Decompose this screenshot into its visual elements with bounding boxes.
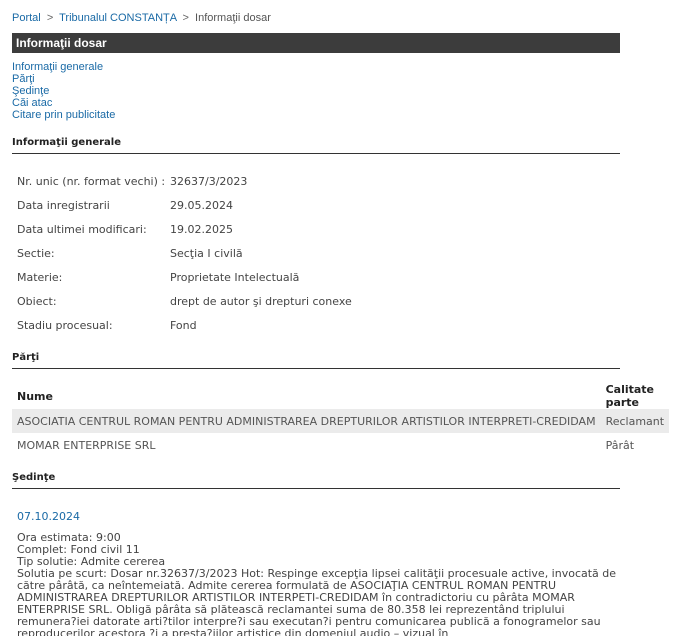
info-label: Materie: — [17, 271, 62, 284]
breadcrumb-tribunal[interactable]: Tribunalul CONSTANȚA — [59, 12, 176, 24]
section-title-parties: Părţi — [12, 352, 620, 369]
info-label: Obiect: — [17, 295, 57, 308]
info-label: Stadiu procesual: — [17, 319, 113, 332]
breadcrumb-separator: > — [47, 12, 53, 24]
table-row: ASOCIATIA CENTRUL ROMAN PENTRU ADMINISTR… — [12, 409, 669, 433]
info-label: Data ultimei modificari: — [17, 223, 147, 236]
party-role: Reclamant — [601, 409, 670, 433]
info-value: 19.02.2025 — [170, 223, 233, 236]
column-header-name: Nume — [12, 383, 601, 409]
section-title-sessions: Şedinţe — [12, 472, 620, 489]
parties-table: Nume Calitate parte ASOCIATIA CENTRUL RO… — [12, 383, 669, 457]
party-name: ASOCIATIA CENTRUL ROMAN PENTRU ADMINISTR… — [12, 409, 601, 433]
breadcrumb: Portal > Tribunalul CONSTANȚA > Informaţ… — [12, 12, 271, 24]
session-date: 07.10.2024 — [17, 510, 80, 523]
info-value: 29.05.2024 — [170, 199, 233, 212]
nav-link-public-summons[interactable]: Citare prin publicitate — [12, 109, 115, 121]
page-title: Informaţii dosar — [12, 33, 620, 53]
party-name: MOMAR ENTERPRISE SRL — [12, 433, 601, 457]
breadcrumb-portal[interactable]: Portal — [12, 12, 41, 24]
info-label: Data inregistrarii — [17, 199, 110, 212]
info-value: Proprietate Intelectuală — [170, 271, 299, 284]
section-nav: Informaţii generale Părţi Şedinţe Căi at… — [12, 61, 115, 121]
info-label: Nr. unic (nr. format vechi) : — [17, 175, 165, 188]
breadcrumb-separator: > — [183, 12, 189, 24]
nav-link-sessions[interactable]: Şedinţe — [12, 85, 115, 97]
nav-link-general-info[interactable]: Informaţii generale — [12, 61, 115, 73]
session-details: Ora estimata: 9:00 Complet: Fond civil 1… — [17, 532, 622, 636]
session-solution-summary: Solutia pe scurt: Dosar nr.32637/3/2023 … — [17, 568, 622, 636]
column-header-role: Calitate parte — [601, 383, 670, 409]
info-value: 32637/3/2023 — [170, 175, 247, 188]
nav-link-parties[interactable]: Părţi — [12, 73, 115, 85]
info-value: Secţia I civilă — [170, 247, 243, 260]
table-header-row: Nume Calitate parte — [12, 383, 669, 409]
info-value: Fond — [170, 319, 197, 332]
breadcrumb-current: Informaţii dosar — [195, 12, 271, 24]
info-label: Sectie: — [17, 247, 55, 260]
section-title-general: Informaţii generale — [12, 137, 620, 154]
nav-link-appeals[interactable]: Căi atac — [12, 97, 115, 109]
party-role: Pârât — [601, 433, 670, 457]
info-value: drept de autor şi drepturi conexe — [170, 295, 352, 308]
table-row: MOMAR ENTERPRISE SRL Pârât — [12, 433, 669, 457]
